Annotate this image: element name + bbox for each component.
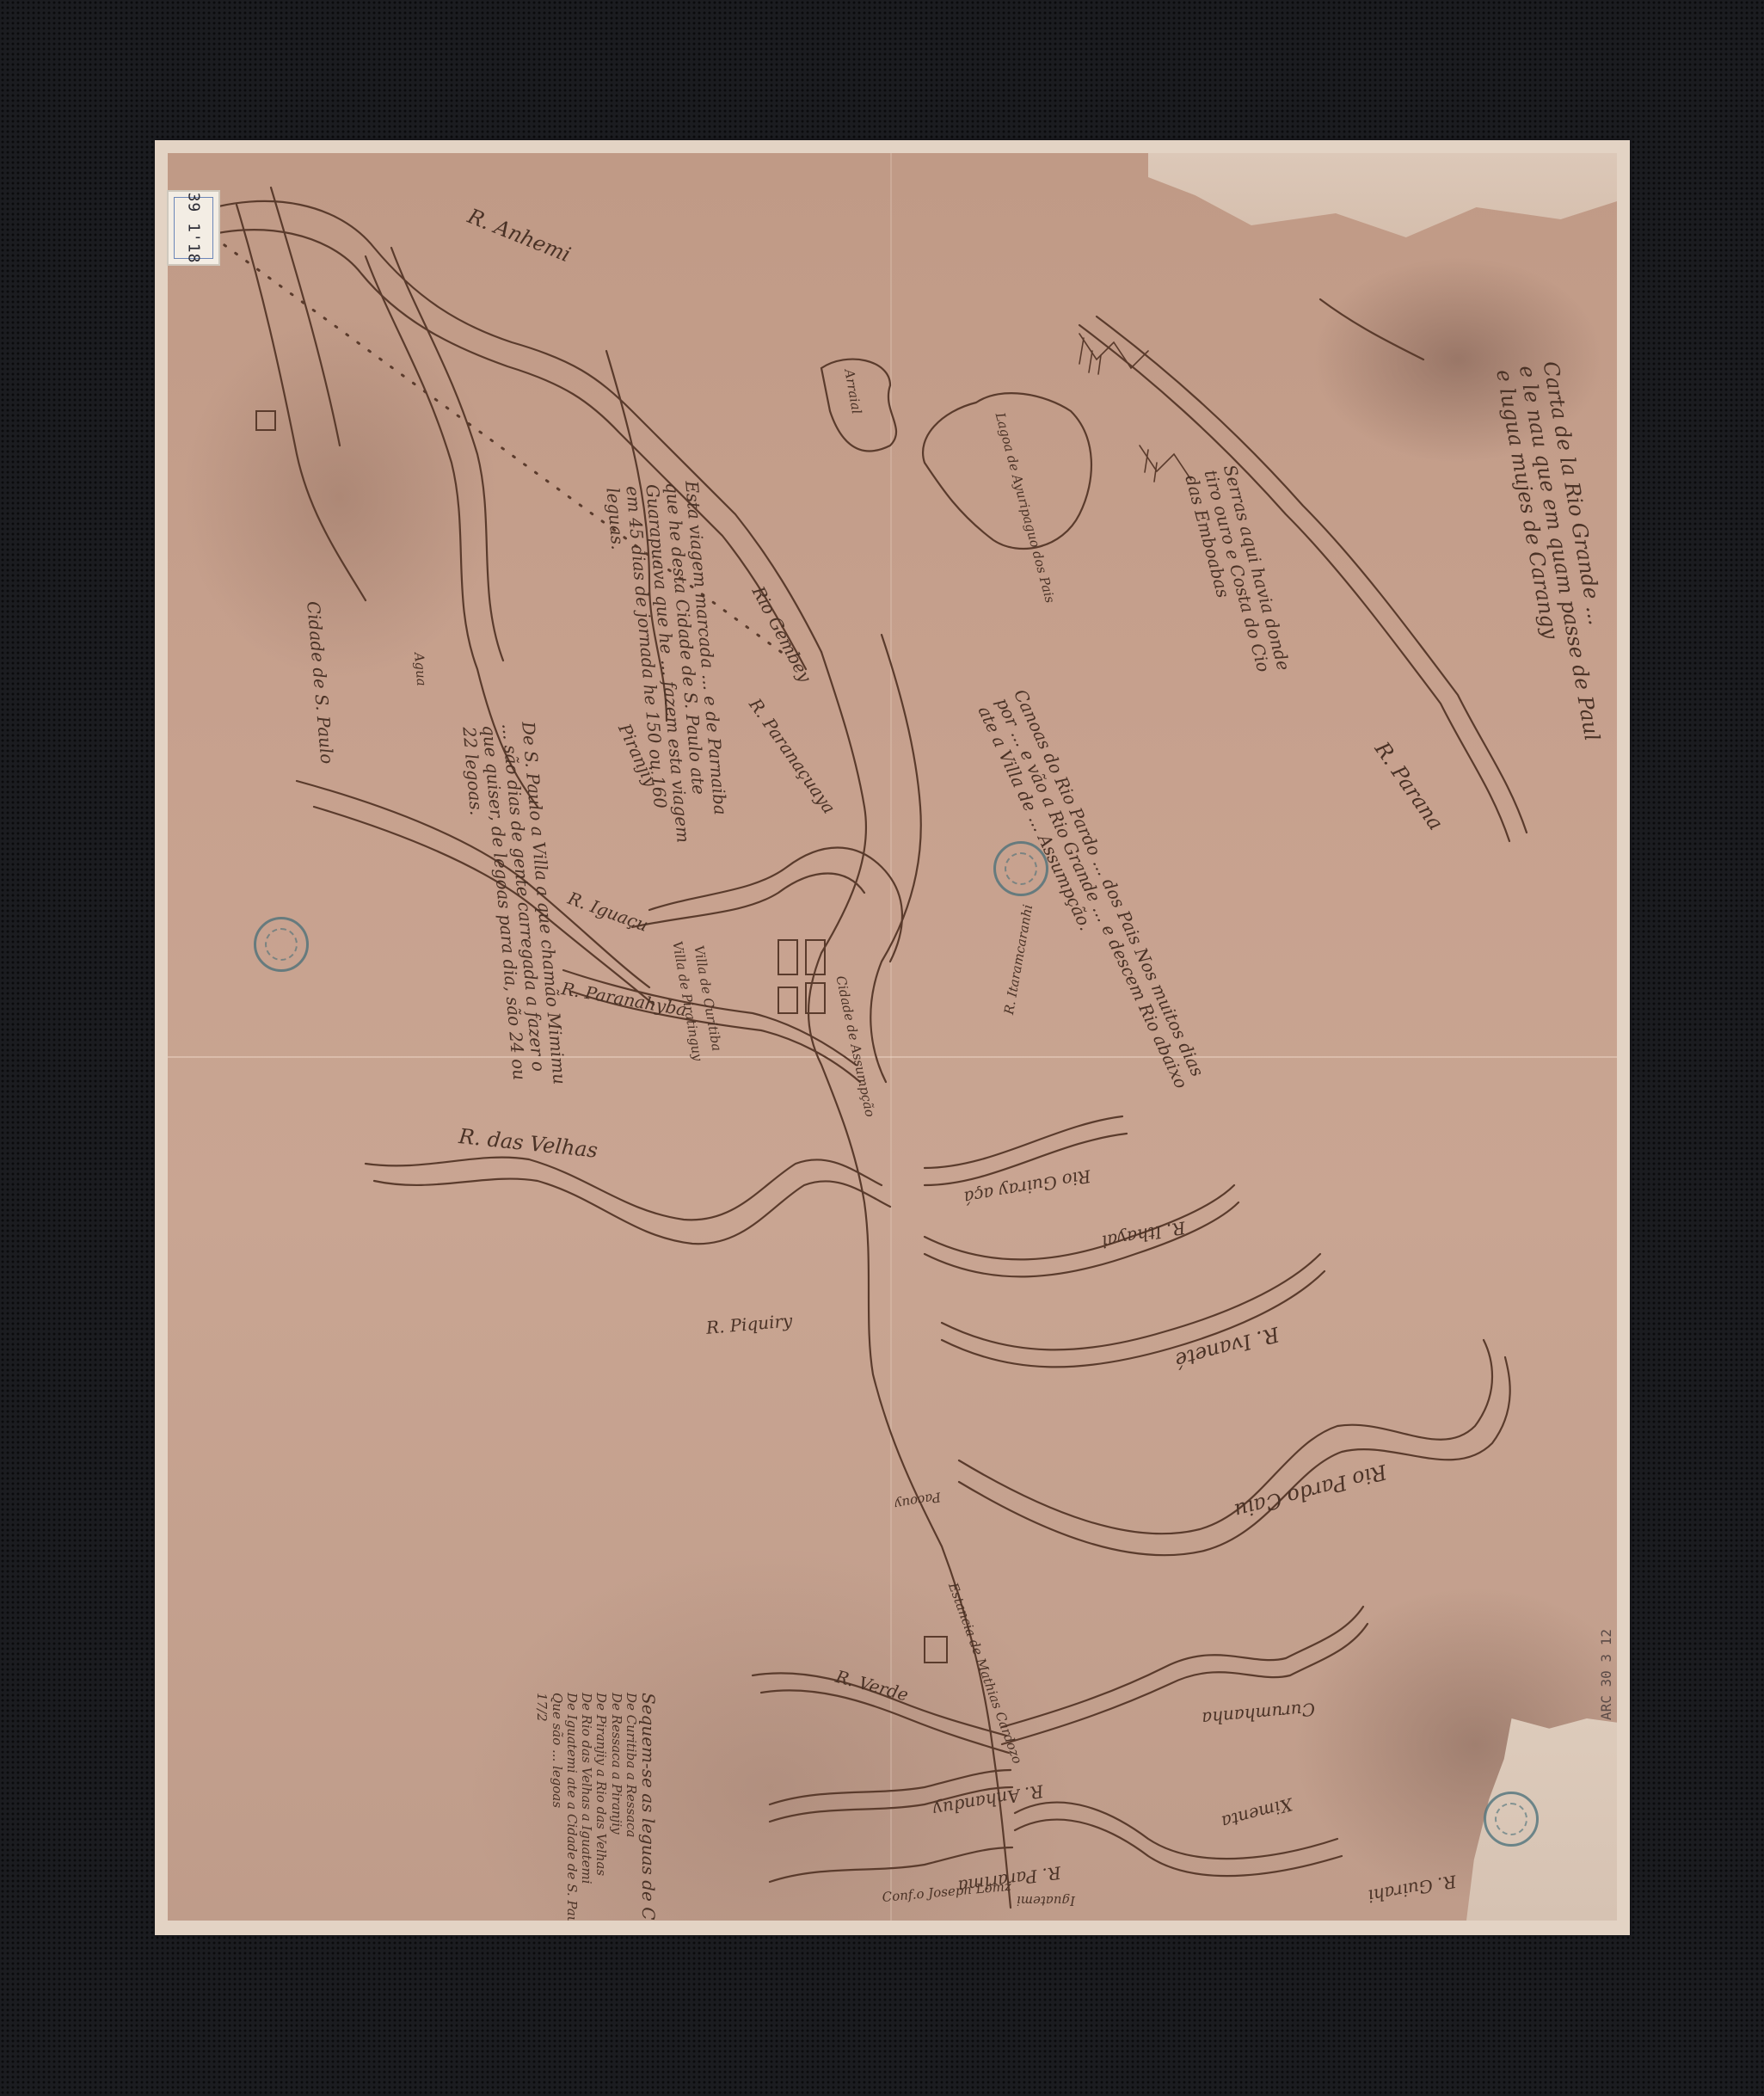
river-parana-right xyxy=(1079,299,1527,841)
river-left-network xyxy=(237,187,667,1005)
library-stamp-icon xyxy=(1484,1792,1539,1847)
legend-row: De Rio das Velhas a Iguatemi2 xyxy=(579,1693,593,1921)
distance-legend: Sequem-se as leguas de Curitiba a S. Pau… xyxy=(550,1693,659,1921)
catalog-label: 39 1'18 xyxy=(167,190,220,266)
legend-row: De Ressaca a Piranjiy4 xyxy=(609,1693,624,1921)
legend-row: Que são ... legoas1 xyxy=(550,1693,564,1921)
lagoa-outline xyxy=(821,360,1091,549)
side-reference: ARC 30 3 12 xyxy=(1598,1629,1614,1720)
village-buildings xyxy=(256,411,947,1663)
legend-heading: Sequem-se as leguas de Curitiba a S. Pau… xyxy=(638,1693,658,1921)
map-sheet: R. Anhemi R. Parana Rio Gembey R. Parana… xyxy=(168,153,1617,1921)
legend-row: De Iguatemi ate a Cidade de S. Paulo5 xyxy=(564,1693,579,1921)
catalog-number: 39 1'18 xyxy=(185,193,203,264)
river-parana-trunk xyxy=(808,635,1011,1908)
library-stamp-icon xyxy=(254,917,309,972)
river-network xyxy=(168,153,1617,1921)
legend-total: 17/2 xyxy=(534,1693,549,1722)
mountain-range xyxy=(1079,334,1191,482)
river-das-velhas xyxy=(366,1158,890,1245)
legend-row: De Piranjiy a Rio das Velhas3 xyxy=(593,1693,608,1921)
label-r-iguatemi: Iguatemi xyxy=(1017,1893,1075,1908)
library-stamp-icon xyxy=(993,841,1048,896)
river-anhemi-path xyxy=(194,201,821,669)
label-r-agua: Agua xyxy=(411,652,429,686)
river-right-tributaries xyxy=(925,1116,1510,1744)
legend-row: De Curitiba a Ressaca2 xyxy=(624,1693,638,1921)
